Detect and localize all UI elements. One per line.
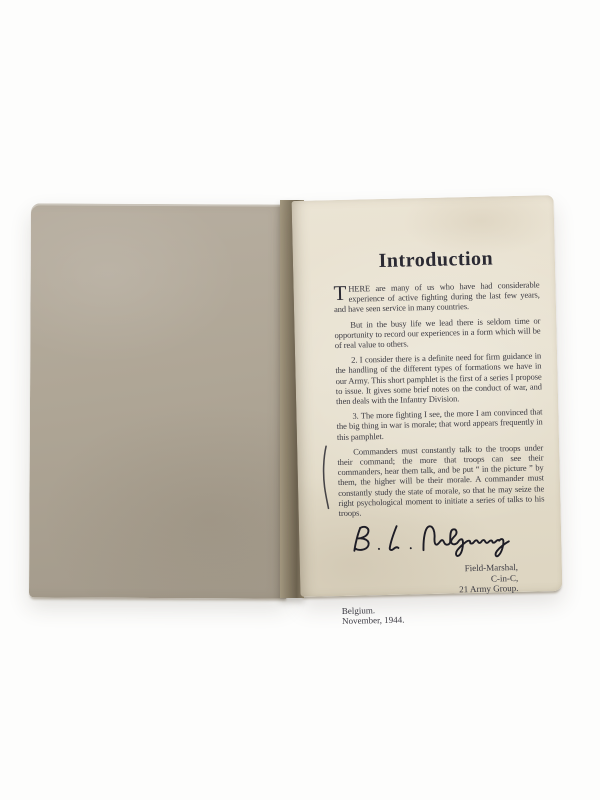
page-text-column: Introduction THERE are many of us who ha… — [292, 195, 563, 597]
left-blank-page — [29, 203, 289, 598]
montgomery-signature — [341, 518, 526, 562]
margin-pen-mark-icon — [320, 444, 331, 510]
introduction-page: Introduction THERE are many of us who ha… — [292, 195, 563, 597]
dateline: Belgium. November, 1944. — [342, 601, 547, 627]
intro-paragraph-4: 3. The more fighting I see, the more I a… — [336, 407, 543, 442]
intro-paragraph-1-text: HERE are many of us who have had conside… — [334, 279, 540, 314]
intro-paragraph-5: Commanders must constantly talk to the t… — [337, 442, 545, 518]
signature-byline: Field-Marshal, C-in-C, 21 Army Group. — [340, 562, 519, 598]
book-photo: Introduction THERE are many of us who ha… — [28, 194, 562, 606]
page-title: Introduction — [333, 245, 539, 274]
dropcap-letter: T — [333, 284, 348, 302]
signature-text: B. L. Montgomery — [340, 562, 341, 563]
intro-paragraph-1: THERE are many of us who have had consid… — [333, 279, 540, 314]
intro-paragraph-5-text: Commanders must constantly talk to the t… — [337, 442, 544, 518]
intro-paragraph-3: 2. I consider there is a definite need f… — [335, 351, 542, 407]
intro-paragraph-2: But in the busy life we lead there is se… — [334, 315, 541, 350]
